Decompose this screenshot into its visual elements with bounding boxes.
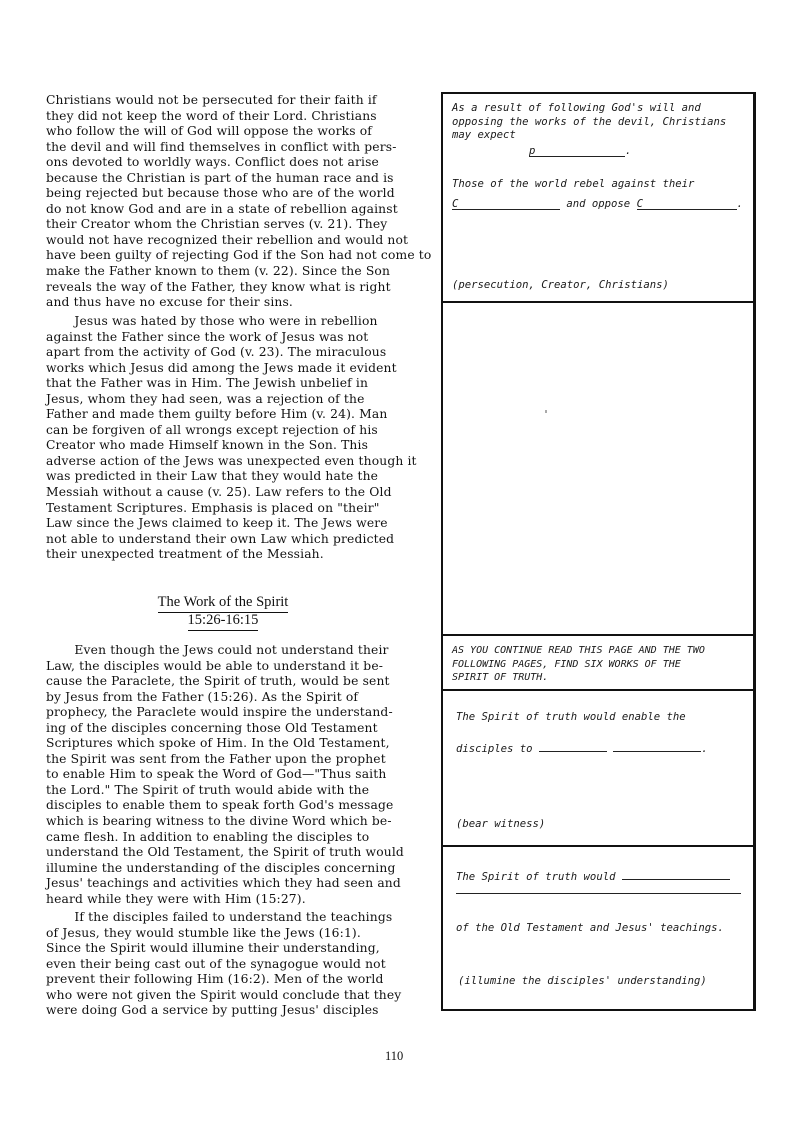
- text-line: Father and made them guilty before Him (…: [46, 407, 417, 423]
- instruction-line: SPIRIT OF TRUTH.: [452, 671, 705, 685]
- paragraph-4: If the disciples failed to understand th…: [46, 910, 401, 1019]
- paragraph-1: Christians would not be persecuted for t…: [46, 93, 431, 311]
- text-line: which is bearing witness to the divine W…: [46, 814, 404, 830]
- prompt-line: opposing the works of the devil, Christi…: [452, 116, 726, 130]
- text-line: who follow the will of God will oppose t…: [46, 124, 431, 140]
- scan-artifact: [545, 410, 547, 413]
- text-line: Creator who made Himself known in the So…: [46, 438, 417, 454]
- text-line: understand the Old Testament, the Spirit…: [46, 845, 404, 861]
- text-line: Testament Scriptures. Emphasis is placed…: [46, 501, 417, 517]
- text-line: Even though the Jews could not understan…: [46, 643, 404, 659]
- text-line: they did not keep the word of their Lord…: [46, 109, 431, 125]
- text-line: Since the Spirit would illumine their un…: [46, 941, 401, 957]
- text-line: and thus have no excuse for their sins.: [46, 295, 431, 311]
- text-line: adverse action of the Jews was unexpecte…: [46, 454, 417, 470]
- question-1-line2: Those of the world rebel against their: [452, 178, 694, 192]
- text-line: make the Father known to them (v. 22). S…: [46, 264, 431, 280]
- answer-blank-2[interactable]: [613, 740, 701, 752]
- text-line: to enable Him to speak the Word of God—"…: [46, 767, 404, 783]
- question-2-line1: The Spirit of truth would enable the: [456, 711, 686, 725]
- text-line: have been guilty of rejecting God if the…: [46, 248, 431, 264]
- text-line: the devil and will find themselves in co…: [46, 140, 431, 156]
- question-3-prefix: The Spirit of truth would: [456, 871, 615, 883]
- mid-text: and oppose: [566, 198, 630, 210]
- text-line: Law since the Jews claimed to keep it. T…: [46, 516, 417, 532]
- text-line: Law, the disciples would be able to unde…: [46, 659, 404, 675]
- section-title: The Work of the Spirit: [138, 594, 308, 613]
- text-line: who were not given the Spirit would conc…: [46, 988, 401, 1004]
- text-line: Jesus' teachings and activities which th…: [46, 876, 404, 892]
- text-line: their unexpected treatment of the Messia…: [46, 547, 417, 563]
- question-2-answer: (bear witness): [456, 818, 545, 832]
- blank-hint: p: [529, 145, 535, 157]
- answer-blank-p[interactable]: p.: [529, 145, 631, 159]
- paragraph-2: Jesus was hated by those who were in reb…: [46, 314, 417, 563]
- blank-hint: C: [637, 198, 643, 210]
- text-line: was predicted in their Law that they wou…: [46, 469, 417, 485]
- text-line: their Creator whom the Christian serves …: [46, 217, 431, 233]
- answer-blank-1[interactable]: [539, 740, 607, 752]
- question-box-2: The Spirit of truth would enable the dis…: [443, 691, 753, 847]
- section-reference: 15:26-16:15: [138, 612, 308, 631]
- question-2-line2: disciples to .: [456, 740, 708, 757]
- text-line: ing of the disciples concerning those Ol…: [46, 721, 404, 737]
- text-line: not able to understand their own Law whi…: [46, 532, 417, 548]
- text-line: Messiah without a cause (v. 25). Law ref…: [46, 485, 417, 501]
- text-line: reveals the way of the Father, they know…: [46, 280, 431, 296]
- text-line: Christians would not be persecuted for t…: [46, 93, 431, 109]
- text-line: that the Father was in Him. The Jewish u…: [46, 376, 417, 392]
- question-3-line1: The Spirit of truth would: [456, 868, 730, 885]
- text-line: If the disciples failed to understand th…: [46, 910, 401, 926]
- prompt-line: As a result of following God's will and: [452, 102, 726, 116]
- paragraph-3: Even though the Jews could not understan…: [46, 643, 404, 907]
- section-reference-text: 15:26-16:15: [188, 612, 259, 631]
- text-line: being rejected but because those who are…: [46, 186, 431, 202]
- instruction-line: AS YOU CONTINUE READ THIS PAGE AND THE T…: [452, 644, 705, 658]
- answer-blank-c2[interactable]: C: [637, 198, 737, 210]
- text-line: because the Christian is part of the hum…: [46, 171, 431, 187]
- text-line: cause the Paraclete, the Spirit of truth…: [46, 674, 404, 690]
- text-line: the Lord." The Spirit of truth would abi…: [46, 783, 404, 799]
- text-line: even their being cast out of the synagog…: [46, 957, 401, 973]
- text-line: by Jesus from the Father (15:26). As the…: [46, 690, 404, 706]
- text-line: can be forgiven of all wrongs except rej…: [46, 423, 417, 439]
- text-line: do not know God and are in a state of re…: [46, 202, 431, 218]
- question-3-answer: (illumine the disciples' understanding): [458, 975, 707, 989]
- answer-blank-c1[interactable]: C: [452, 198, 560, 210]
- instruction-line: FOLLOWING PAGES, FIND SIX WORKS OF THE: [452, 658, 705, 672]
- text-line: against the Father since the work of Jes…: [46, 330, 417, 346]
- text-line: Scriptures which spoke of Him. In the Ol…: [46, 736, 404, 752]
- text-line: ons devoted to worldly ways. Conflict do…: [46, 155, 431, 171]
- question-1-answer: (persecution, Creator, Christians): [452, 279, 669, 293]
- text-line: Jesus, whom they had seen, was a rejecti…: [46, 392, 417, 408]
- text-line: came flesh. In addition to enabling the …: [46, 830, 404, 846]
- text-line: apart from the activity of God (v. 23). …: [46, 345, 417, 361]
- text-line: the Spirit was sent from the Father upon…: [46, 752, 404, 768]
- text-line: prevent their following Him (16:2). Men …: [46, 972, 401, 988]
- question-box-3: The Spirit of truth would of the Old Tes…: [443, 847, 753, 1009]
- text-line: would not have recognized their rebellio…: [46, 233, 431, 249]
- text-line: disciples to enable them to speak forth …: [46, 798, 404, 814]
- answer-blank-3a[interactable]: [622, 868, 730, 880]
- blank-hint: C: [452, 198, 458, 210]
- section-title-text: The Work of the Spirit: [158, 594, 289, 613]
- page-number: 110: [385, 1049, 403, 1064]
- question-2-prefix: disciples to: [456, 743, 533, 755]
- prompt-line: may expect: [452, 129, 726, 143]
- text-line: were doing God a service by putting Jesu…: [46, 1003, 401, 1019]
- text-line: prophecy, the Paraclete would inspire th…: [46, 705, 404, 721]
- question-3-line3: of the Old Testament and Jesus' teaching…: [456, 922, 724, 936]
- question-box-1: As a result of following God's will and …: [443, 94, 753, 303]
- answer-blank-3b[interactable]: [456, 893, 741, 894]
- text-line: heard while they were with Him (15:27).: [46, 892, 404, 908]
- text-line: of Jesus, they would stumble like the Je…: [46, 926, 401, 942]
- text-line: illumine the understanding of the discip…: [46, 861, 404, 877]
- workbook-column: As a result of following God's will and …: [441, 92, 756, 1011]
- question-1-prompt: As a result of following God's will and …: [452, 102, 726, 143]
- empty-box: [443, 303, 753, 636]
- question-1-line3: C and oppose C.: [452, 198, 743, 212]
- instruction-box: AS YOU CONTINUE READ THIS PAGE AND THE T…: [443, 636, 753, 691]
- text-line: works which Jesus did among the Jews mad…: [46, 361, 417, 377]
- text-line: Jesus was hated by those who were in reb…: [46, 314, 417, 330]
- instruction-text: AS YOU CONTINUE READ THIS PAGE AND THE T…: [452, 644, 705, 685]
